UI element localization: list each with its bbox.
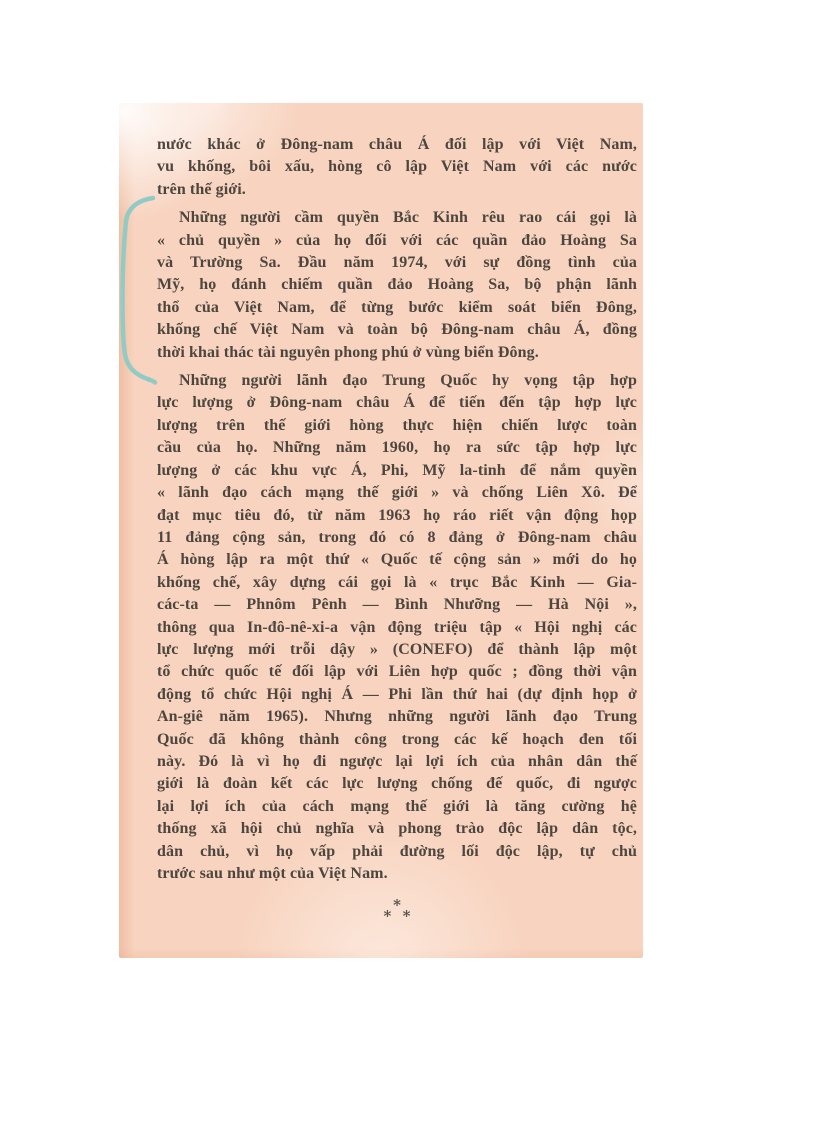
text-line: lượng ở các khu vực Á, Phi, Mỹ la-tinh đ…	[157, 460, 637, 482]
text-line: An-giê năm 1965). Nhưng những người lãnh…	[157, 706, 637, 728]
paragraph: Những người cầm quyền Bắc Kinh rêu rao c…	[157, 207, 637, 364]
text-line: lực lượng mới trỗi dậy » (CONEFO) để thà…	[157, 639, 637, 661]
text-line: trước sau như một của Việt Nam.	[157, 863, 637, 885]
paragraph: nước khác ở Đông-nam châu Á đối lập với …	[157, 134, 637, 201]
section-divider-ornament: * * *	[157, 900, 637, 922]
text-line: thời khai thác tài nguyên phong phú ở vù…	[157, 342, 637, 364]
ornament-stars-bottom: * *	[160, 910, 637, 922]
text-line: Mỹ, họ đánh chiếm quần đảo Hoàng Sa, bộ …	[157, 274, 637, 296]
text-line: Những người cầm quyền Bắc Kinh rêu rao c…	[157, 207, 637, 229]
text-line: « lãnh đạo cách mạng thế giới » và chống…	[157, 482, 637, 504]
text-line: nước khác ở Đông-nam châu Á đối lập với …	[157, 134, 637, 156]
text-line: và Trường Sa. Đầu năm 1974, với sự đồng …	[157, 252, 637, 274]
page-text: nước khác ở Đông-nam châu Á đối lập với …	[157, 134, 637, 885]
text-line: đạt mục tiêu đó, từ năm 1963 họ ráo riết…	[157, 505, 637, 527]
text-line: khống chế, xây dựng cái gọi là « trục Bắ…	[157, 572, 637, 594]
scan-canvas: nước khác ở Đông-nam châu Á đối lập với …	[0, 0, 816, 1123]
text-line: « chủ quyền » của họ đối với các quần đả…	[157, 230, 637, 252]
text-line: này. Đó là vì họ đi ngược lại lợi ích củ…	[157, 751, 637, 773]
text-line: thống xã hội chủ nghĩa và phong trào độc…	[157, 818, 637, 840]
paragraph: Những người lãnh đạo Trung Quốc hy vọng …	[157, 370, 637, 885]
text-line: trên thế giới.	[157, 179, 637, 201]
text-line: Á hòng lập ra một thứ « Quốc tế cộng sản…	[157, 549, 637, 571]
text-line: lượng trên thế giới hòng thực hiện chiến…	[157, 415, 637, 437]
text-line: động tổ chức Hội nghị Á — Phi lần thứ ha…	[157, 684, 637, 706]
text-line: giới là đoàn kết các lực lượng chống đế …	[157, 773, 637, 795]
text-line: tổ chức quốc tế đối lập với Liên hợp quố…	[157, 661, 637, 683]
text-line: khống chế Việt Nam và toàn bộ Đông-nam c…	[157, 319, 637, 341]
text-line: lực lượng ở Đông-nam châu Á để tiến đến …	[157, 392, 637, 414]
text-line: các-ta — Phnôm Pênh — Bình Nhưỡng — Hà N…	[157, 594, 637, 616]
text-line: 11 đảng cộng sản, trong đó có 8 đảng ở Đ…	[157, 527, 637, 549]
text-line: lại lợi ích của cách mạng thế giới là tă…	[157, 796, 637, 818]
text-line: thông qua In-đô-nê-xi-a vận động triệu t…	[157, 617, 637, 639]
text-line: dân chủ, vì họ vấp phải đường lối độc lậ…	[157, 841, 637, 863]
text-line: Những người lãnh đạo Trung Quốc hy vọng …	[157, 370, 637, 392]
text-line: cầu của họ. Những năm 1960, họ ra sức tậ…	[157, 437, 637, 459]
text-line: thổ của Việt Nam, để từng bước kiểm soát…	[157, 297, 637, 319]
text-line: vu khống, bôi xấu, hòng cô lập Việt Nam …	[157, 156, 637, 178]
book-page: nước khác ở Đông-nam châu Á đối lập với …	[119, 103, 643, 958]
text-line: Quốc đã không thành công trong các kế ho…	[157, 729, 637, 751]
